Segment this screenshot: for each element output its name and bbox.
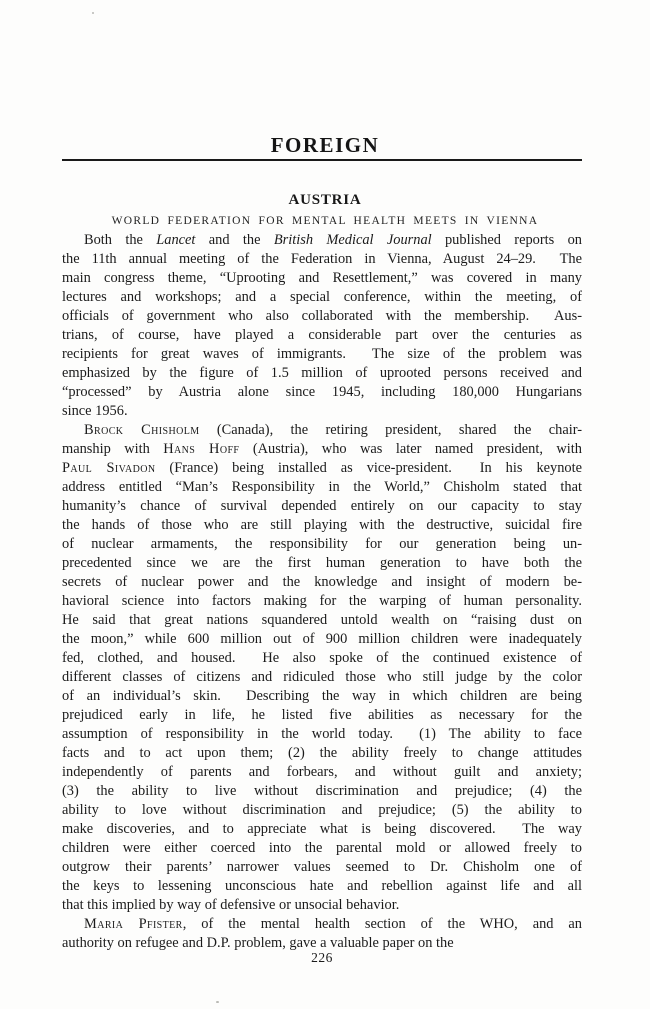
text-line: independently of parents and forbears, a… xyxy=(62,763,582,782)
text-line: fed, clothed, and housed. He also spoke … xyxy=(62,649,582,668)
text-line: recipients for great waves of immigrants… xyxy=(62,345,582,364)
text-line: that this implied by way of defensive or… xyxy=(62,896,582,915)
text-line: children were either coerced into the pa… xyxy=(62,839,582,858)
paragraph: Brock Chisholm (Canada), the retiring pr… xyxy=(62,421,582,915)
text-line: the 11th annual meeting of the Federatio… xyxy=(62,250,582,269)
text-line: Both the Lancet and the British Medical … xyxy=(62,231,582,250)
text-line: facts and to act upon them; (2) the abil… xyxy=(62,744,582,763)
text-line: He said that great nations squandered un… xyxy=(62,611,582,630)
text-line: Brock Chisholm (Canada), the retiring pr… xyxy=(62,421,582,440)
text-line: humanity’s chance of survival depended e… xyxy=(62,497,582,516)
text-line: since 1956. xyxy=(62,402,582,421)
text-line: prejudiced early in life, he listed five… xyxy=(62,706,582,725)
person-name: Paul Sivadon xyxy=(62,460,155,476)
text-line: make discoveries, and to appreciate what… xyxy=(62,820,582,839)
scan-speck xyxy=(92,12,94,14)
text-line: “processed” by Austria alone since 1945,… xyxy=(62,383,582,402)
person-name: Hans Hoff xyxy=(163,441,239,457)
page-title: FOREIGN xyxy=(0,133,650,158)
text-line: (3) the ability to live without discrimi… xyxy=(62,782,582,801)
text-line: address entitled “Man’s Responsibility i… xyxy=(62,478,582,497)
section-title: AUSTRIA xyxy=(0,192,650,209)
text-line: the hands of those who are still playing… xyxy=(62,516,582,535)
text-line: havioral science into factors making for… xyxy=(62,592,582,611)
text-line: trians, of course, have played a conside… xyxy=(62,326,582,345)
person-name: Brock Chisholm xyxy=(84,422,200,438)
text-line: of an individual’s skin. Describing the … xyxy=(62,687,582,706)
text-line: secrets of nuclear power and the knowled… xyxy=(62,573,582,592)
journal-page: FOREIGN AUSTRIA WORLD FEDERATION FOR MEN… xyxy=(0,0,650,1009)
text-line: ability to love without discrimination a… xyxy=(62,801,582,820)
article-body: Both the Lancet and the British Medical … xyxy=(62,231,582,953)
article-subtitle: WORLD FEDERATION FOR MENTAL HEALTH MEETS… xyxy=(0,215,650,227)
text-line: of nuclear armaments, the responsibility… xyxy=(62,535,582,554)
paragraph: Maria Pfister, of the mental health sect… xyxy=(62,915,582,953)
text-line: Paul Sivadon (France) being installed as… xyxy=(62,459,582,478)
text-line: emphasized by the figure of 1.5 million … xyxy=(62,364,582,383)
scan-speck xyxy=(216,1001,219,1003)
paragraph: Both the Lancet and the British Medical … xyxy=(62,231,582,421)
text-line: assumption of responsibility in the worl… xyxy=(62,725,582,744)
text-line: the keys to lessening unconscious hate a… xyxy=(62,877,582,896)
page-number: 226 xyxy=(0,950,644,966)
text-line: different classes of citizens and ridicu… xyxy=(62,668,582,687)
text-line: main congress theme, “Uprooting and Rese… xyxy=(62,269,582,288)
text-line: Maria Pfister, of the mental health sect… xyxy=(62,915,582,934)
header-rule xyxy=(62,159,582,161)
text-line: manship with Hans Hoff (Austria), who wa… xyxy=(62,440,582,459)
text-line: outgrow their parents’ narrower values s… xyxy=(62,858,582,877)
text-line: precedented since we are the first human… xyxy=(62,554,582,573)
text-line: the moon,” while 600 million out of 900 … xyxy=(62,630,582,649)
person-name: Maria Pfister xyxy=(84,916,183,932)
text-line: officials of government who also collabo… xyxy=(62,307,582,326)
text-line: lectures and workshops; and a special co… xyxy=(62,288,582,307)
